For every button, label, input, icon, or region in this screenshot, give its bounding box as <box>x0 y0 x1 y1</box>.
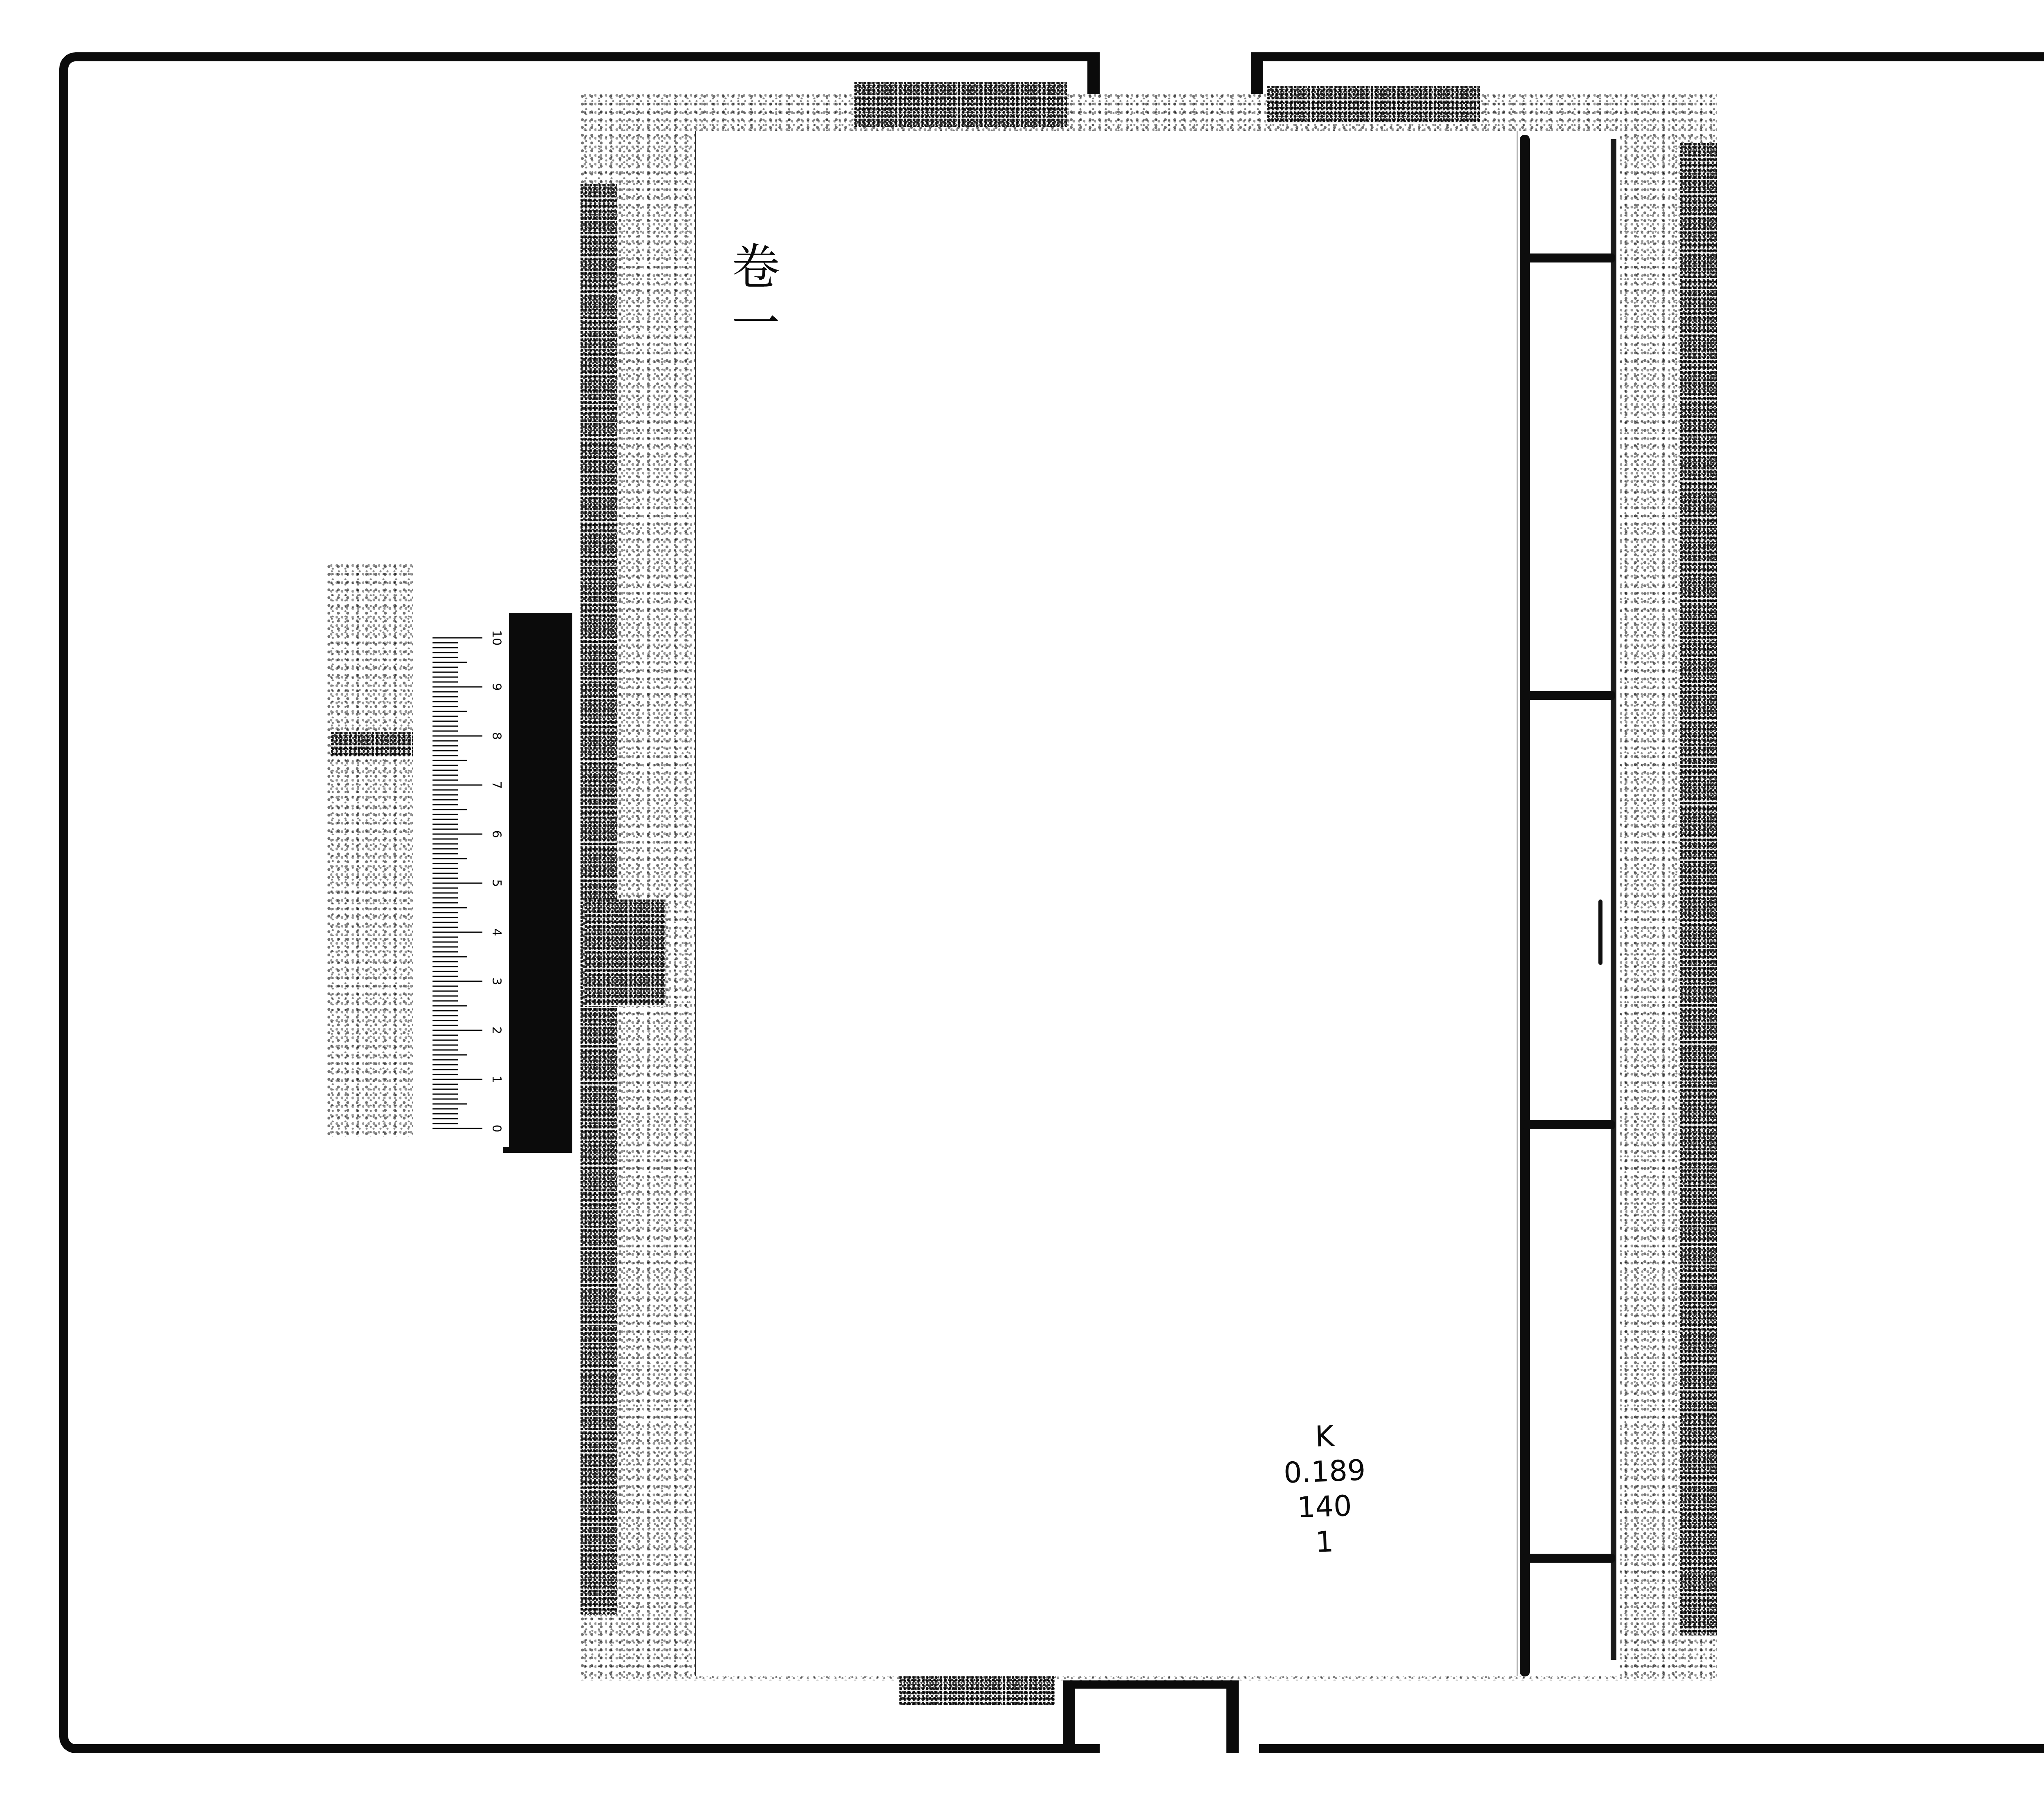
svg-text:7: 7 <box>489 781 504 789</box>
call-number-label: K 0.189 140 1 <box>1284 1419 1365 1559</box>
svg-text:8: 8 <box>489 732 504 740</box>
board-stain <box>327 564 413 1137</box>
ruler-backing <box>503 613 572 1153</box>
binding-thread-icon <box>1520 135 1530 1676</box>
call-number-line: 0.189 <box>1283 1453 1366 1491</box>
cover-title-label: 卷一 <box>740 241 789 354</box>
scale-ruler: 012345678910 <box>413 603 509 1147</box>
svg-text:1: 1 <box>489 1075 504 1083</box>
svg-text:3: 3 <box>489 977 504 985</box>
call-number-line: 140 <box>1283 1488 1366 1526</box>
backing-top-tab <box>1267 86 1480 123</box>
book-cover <box>695 131 1518 1676</box>
svg-text:2: 2 <box>489 1026 504 1034</box>
svg-text:6: 6 <box>489 830 504 838</box>
call-number-line: 1 <box>1283 1523 1366 1561</box>
binding-stitch-icon <box>1523 1554 1615 1563</box>
spine-edge <box>1611 139 1616 1660</box>
binding-stitch-icon <box>1523 691 1615 700</box>
backing-edge-right <box>1680 143 1717 1635</box>
call-number-line: K <box>1283 1418 1366 1456</box>
binding-stitch-icon <box>1523 253 1615 262</box>
svg-text:0: 0 <box>489 1124 504 1132</box>
svg-text:9: 9 <box>489 683 504 691</box>
svg-text:4: 4 <box>489 928 504 936</box>
book-spine <box>1517 131 1620 1676</box>
svg-text:10: 10 <box>489 630 504 646</box>
spine-mark <box>1598 899 1602 965</box>
binding-stitch-icon <box>1523 1120 1615 1129</box>
board-stain <box>331 732 413 756</box>
backing-bottom-tab <box>899 1676 1055 1705</box>
board-stain <box>585 899 666 1006</box>
svg-text:5: 5 <box>489 879 504 887</box>
backing-top-tab <box>854 82 1067 127</box>
ruler-ticks: 012345678910 <box>413 603 509 1147</box>
